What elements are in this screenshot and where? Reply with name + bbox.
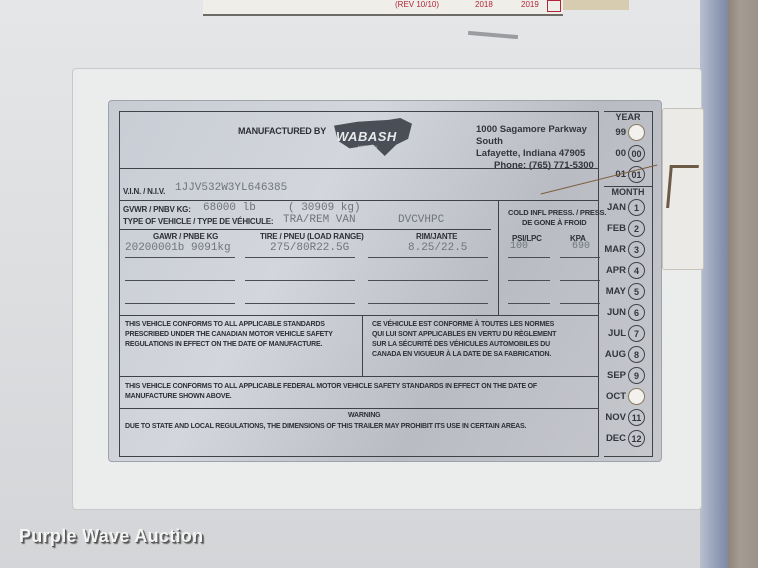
top-sticker-remnant: (REV 10/10) 2018 2019 — [203, 0, 563, 16]
month-row: MAR3 — [604, 239, 652, 260]
fill-in-line — [508, 280, 550, 281]
fill-in-line — [125, 257, 235, 258]
divider — [120, 200, 598, 201]
year-circle-punched: 99 — [628, 124, 645, 141]
month-row: NOV11 — [604, 407, 652, 428]
month-circle: 2 — [628, 220, 645, 237]
tape-remnant — [563, 0, 629, 10]
month-row: OCT10 — [604, 386, 652, 407]
wabash-logo-sub: NATIONAL — [358, 144, 378, 149]
rim-value: 8.25/22.5 — [408, 242, 467, 254]
cold-pressure-caption-2: DE GONE À FROID — [522, 218, 587, 227]
month-row: AUG8 — [604, 344, 652, 365]
divider — [120, 376, 598, 377]
tire-value: 275/80R22.5G — [270, 242, 349, 254]
month-row: FEB2 — [604, 218, 652, 239]
canada-compliance-fr: CE VÉHICULE EST CONFORME À TOUTES LES NO… — [372, 320, 562, 360]
month-row: DEC12 — [604, 428, 652, 449]
month-row: JUL7 — [604, 323, 652, 344]
month-row: APR4 — [604, 260, 652, 281]
address-line-1: 1000 Sagamore Parkway South — [476, 124, 598, 148]
month-header: MONTH — [604, 187, 652, 197]
sticker-year-a: 2018 — [475, 0, 493, 9]
kpa-value: 690 — [572, 241, 590, 252]
vehicle-type-code: DVCVHPC — [398, 214, 444, 226]
month-circle: 12 — [628, 430, 645, 447]
canada-compliance-en: THIS VEHICLE CONFORMS TO ALL APPLICABLE … — [125, 320, 355, 350]
month-circle: 7 — [628, 325, 645, 342]
manufactured-by-caption: MANUFACTURED BY — [238, 126, 326, 136]
gawr-caption: GAWR / PNBE KG — [153, 232, 218, 241]
warning-text: DUE TO STATE AND LOCAL REGULATIONS, THE … — [125, 423, 526, 430]
vin-certification-label: MANUFACTURED BY WABASH NATIONAL 1000 Sag… — [108, 100, 662, 462]
fill-in-line — [125, 280, 235, 281]
gvwr-lb-value: 68000 lb — [203, 202, 256, 214]
vin-value: 1JJV532W3YL646385 — [175, 182, 287, 194]
month-circle: 1 — [628, 199, 645, 216]
month-circle: 9 — [628, 367, 645, 384]
tire-caption: TIRE / PNEU (LOAD RANGE) — [260, 232, 364, 241]
month-circle-punched: 10 — [628, 388, 645, 405]
manufacturer-address: 1000 Sagamore Parkway South Lafayette, I… — [476, 124, 598, 172]
sticker-checkbox — [547, 0, 561, 12]
federal-compliance: THIS VEHICLE CONFORMS TO ALL APPLICABLE … — [125, 382, 545, 402]
vehicle-type-value: TRA/REM VAN — [283, 214, 356, 226]
month-row: JUN6 — [604, 302, 652, 323]
gvwr-caption: GVWR / PNBV KG: — [123, 205, 191, 214]
door-frame — [728, 0, 758, 568]
scuff-mark — [468, 31, 518, 39]
build-date-column: YEAR 9999 0000 0101 MONTH JAN1 FEB2 MAR3… — [604, 111, 653, 457]
psi-value: 100 — [510, 241, 528, 252]
divider — [120, 408, 598, 409]
fill-in-line — [508, 303, 550, 304]
divider — [120, 229, 491, 230]
month-circle: 5 — [628, 283, 645, 300]
gawr-value: 20200001b 9091kg — [125, 242, 231, 254]
wabash-logo: WABASH — [336, 129, 397, 144]
vehicle-type-caption: TYPE OF VEHICLE / TYPE DE VÉHICULE: — [123, 217, 273, 226]
watermark: Purple Wave Auction — [19, 526, 203, 547]
phone: Phone: (765) 771-5300 — [476, 160, 598, 172]
month-circle: 6 — [628, 304, 645, 321]
label-residue — [666, 165, 699, 208]
vin-caption: V.I.N. / N.I.V. — [123, 187, 165, 196]
month-row: SEP9 — [604, 365, 652, 386]
month-circle: 8 — [628, 346, 645, 363]
fill-in-line — [560, 257, 600, 258]
month-row: JAN1 — [604, 197, 652, 218]
label-main-grid: MANUFACTURED BY WABASH NATIONAL 1000 Sag… — [119, 111, 599, 457]
year-row: 9999 — [604, 122, 652, 143]
sticker-rev-text: (REV 10/10) — [395, 0, 439, 9]
rim-caption: RIM/JANTE — [416, 232, 457, 241]
divider — [120, 315, 598, 316]
divider — [120, 168, 598, 169]
fill-in-line — [245, 257, 355, 258]
fill-in-line — [125, 303, 235, 304]
fill-in-line — [368, 257, 488, 258]
fill-in-line — [508, 257, 550, 258]
address-line-2: Lafayette, Indiana 47905 — [476, 148, 598, 160]
year-circle: 00 — [628, 145, 645, 162]
gvwr-kg-value: ( 30909 kg) — [288, 202, 361, 214]
fill-in-line — [368, 303, 488, 304]
fill-in-line — [245, 303, 355, 304]
month-circle: 4 — [628, 262, 645, 279]
warning-title: WARNING — [348, 412, 380, 419]
month-circle: 3 — [628, 241, 645, 258]
fill-in-line — [560, 303, 600, 304]
month-row: MAY5 — [604, 281, 652, 302]
year-row: 0000 — [604, 143, 652, 164]
fill-in-line — [245, 280, 355, 281]
door-shadow — [700, 0, 730, 568]
fill-in-line — [368, 280, 488, 281]
sticker-year-b: 2019 — [521, 0, 539, 9]
month-circle: 11 — [628, 409, 645, 426]
fill-in-line — [560, 280, 600, 281]
year-header: YEAR — [604, 112, 652, 122]
divider — [362, 315, 363, 376]
divider — [498, 200, 499, 315]
cold-pressure-caption-1: COLD INFL PRESS. / PRESS. — [508, 208, 606, 217]
